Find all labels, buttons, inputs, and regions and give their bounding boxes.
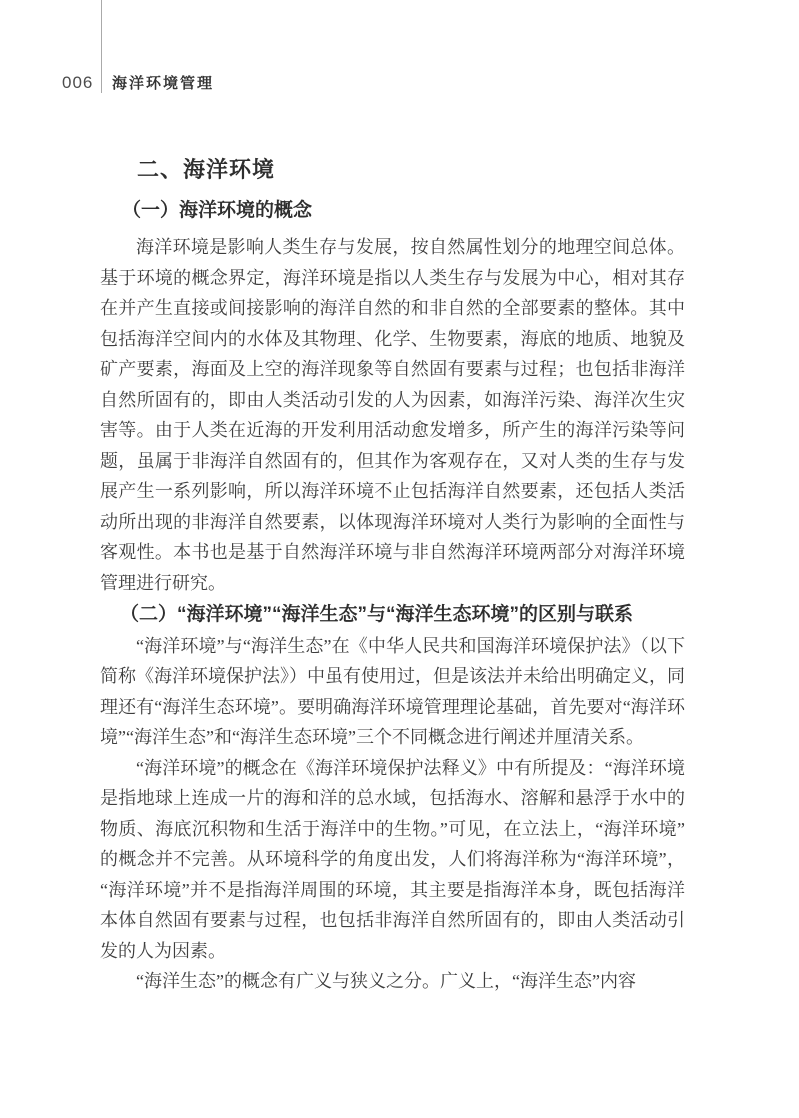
- subsection-heading-1: （一）海洋环境的概念: [100, 196, 685, 226]
- section-heading: 二、海洋环境: [100, 155, 685, 185]
- subsection-heading-2: （二）“海洋环境”“海洋生态”与“海洋生态环境”的区别与联系: [100, 600, 685, 631]
- book-title: 海洋环境管理: [112, 72, 214, 93]
- book-page: 006 海洋环境管理 二、海洋环境 （一）海洋环境的概念 海洋环境是影响人类生存…: [0, 0, 799, 1118]
- running-header: 006 海洋环境管理: [62, 72, 214, 93]
- body-paragraph-1: 海洋环境是影响人类生存与发展，按自然属性划分的地理空间总体。基于环境的概念界定，…: [100, 232, 685, 598]
- body-paragraph-4: “海洋生态”的概念有广义与狭义之分。广义上，“海洋生态”内容: [100, 966, 685, 997]
- page-number: 006: [62, 73, 102, 93]
- body-paragraph-2: “海洋环境”与“海洋生态”在《中华人民共和国海洋环境保护法》（以下简称《海洋环境…: [100, 631, 685, 753]
- body-paragraph-3: “海洋环境”的概念在《海洋环境保护法释义》中有所提及：“海洋环境是指地球上连成一…: [100, 753, 685, 967]
- page-content: 二、海洋环境 （一）海洋环境的概念 海洋环境是影响人类生存与发展，按自然属性划分…: [100, 155, 685, 997]
